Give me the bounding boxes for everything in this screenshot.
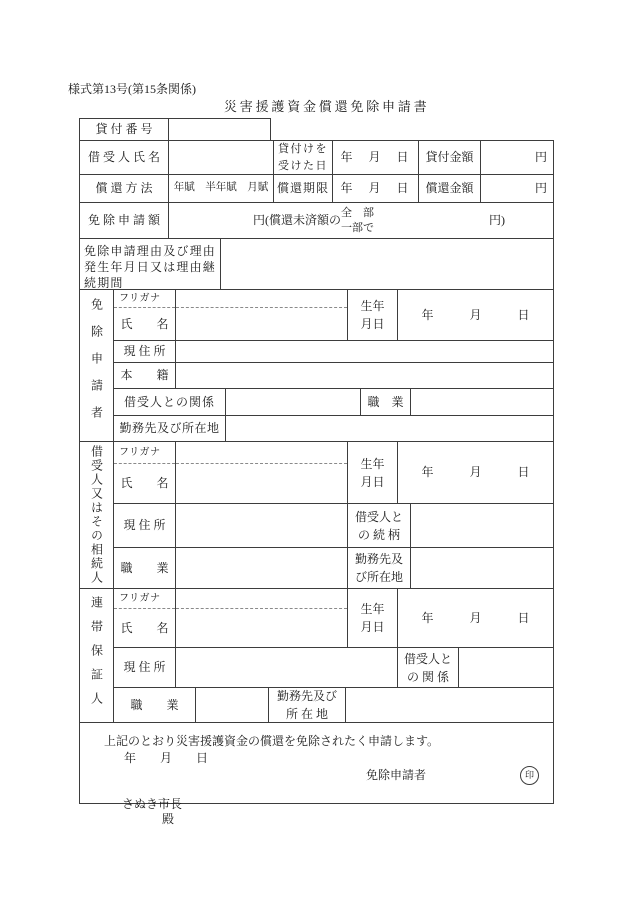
heir-workplace-label: 勤務先及 び所在地: [347, 547, 411, 589]
heir-workplace-label-line1: 勤務先及: [355, 550, 403, 568]
loan-date-label-line2: 受けた日: [278, 158, 328, 175]
guarantor-birthdate-field[interactable]: 年 月 日: [397, 588, 554, 648]
heir-furigana-field[interactable]: [176, 442, 347, 464]
repayment-method-label: 償 還 方 法: [79, 174, 169, 203]
guarantor-workplace-label-line1: 勤務先及び: [277, 687, 337, 705]
exemption-amount-prefix: 円(償還未済額の: [253, 213, 341, 227]
declaration-date-field[interactable]: 年 月 日: [124, 751, 208, 765]
applicant-name-field[interactable]: [175, 289, 348, 341]
guarantor-furigana-label: フリガナ: [114, 589, 175, 609]
guarantor-vertical-label: 連帯保証人: [91, 596, 103, 716]
guarantor-relation-label-line1: 借受人と: [404, 650, 452, 668]
exemption-reason-label-line1: 免除申請理由及び理由: [84, 243, 216, 259]
heir-section-label: 借受人又はその相続人: [79, 441, 114, 589]
heir-birthdate-label-line1: 生年: [360, 455, 384, 473]
exemption-reason-field[interactable]: [220, 238, 554, 290]
guarantor-workplace-label-line2: 所 在 地: [286, 705, 328, 723]
repayment-deadline-field[interactable]: 年 月 日: [332, 174, 419, 203]
applicant-birthdate-label-line2: 月日: [360, 315, 384, 333]
addressee-line: さぬき市長 殿: [104, 783, 182, 841]
heir-vertical-label: 借受人又はその相続人: [91, 445, 103, 585]
applicant-section-label: 免除申請者: [79, 289, 114, 442]
applicant-relation-label: 借受人との関係: [113, 388, 226, 416]
guarantor-birthdate-label-line2: 月日: [360, 618, 384, 636]
heir-workplace-field[interactable]: [410, 547, 554, 589]
heir-birthdate-label-line2: 月日: [360, 473, 384, 491]
guarantor-name-label: 氏 名: [114, 609, 175, 647]
mayor-label: さぬき市長: [122, 797, 182, 811]
loan-number-field[interactable]: [168, 118, 271, 141]
heir-occupation-label: 職 業: [113, 547, 176, 589]
guarantor-section-label: 連帯保証人: [79, 588, 114, 723]
guarantor-birthdate-label: 生年 月日: [347, 588, 398, 648]
applicant-relation-field[interactable]: [225, 388, 361, 416]
guarantor-address-field[interactable]: [175, 647, 398, 688]
exemption-amount-options[interactable]: 全 部 一部で: [341, 206, 374, 235]
heir-relation-field[interactable]: [410, 503, 554, 548]
guarantor-address-label: 現 住 所: [113, 647, 176, 688]
applicant-furigana-field[interactable]: [176, 290, 347, 308]
loan-date-label: 貸付けを 受けた日: [273, 140, 333, 175]
applicant-birthdate-label-line1: 生年: [360, 297, 384, 315]
applicant-address-label: 現 住 所: [113, 340, 176, 363]
exemption-amount-label: 免 除 申 請 額: [79, 202, 169, 239]
exemption-amount-suffix: 円): [489, 213, 505, 227]
loan-amount-field[interactable]: 円: [480, 140, 554, 175]
heir-relation-label-line1: 借受人と: [355, 508, 403, 526]
heir-address-label: 現 住 所: [113, 503, 176, 548]
guarantor-name-field[interactable]: [175, 588, 348, 648]
declaration-statement: 上記のとおり災害援護資金の償還を免除されたく申請します。: [104, 734, 439, 748]
applicant-address-field[interactable]: [175, 340, 554, 363]
loan-date-label-line1: 貸付けを: [278, 141, 328, 158]
exemption-option-all[interactable]: 全 部: [341, 206, 374, 220]
borrower-name-label: 借 受 人 氏 名: [79, 140, 169, 175]
applicant-domicile-label: 本 籍: [113, 362, 176, 389]
seal-mark: 印: [520, 766, 539, 785]
page-title: 災害援護資金償還免除申請書: [224, 96, 429, 115]
guarantor-relation-label-line2: の 関 係: [407, 668, 449, 686]
guarantor-furigana-field[interactable]: [176, 589, 347, 609]
heir-workplace-label-line2: び所在地: [355, 568, 403, 586]
exemption-reason-label: 免除申請理由及び理由 発生年月日又は理由継 続期間: [79, 238, 221, 290]
repayment-method-options[interactable]: 年賦 半年賦 月賦: [168, 174, 274, 203]
exemption-reason-label-line2: 発生年月日又は理由継: [84, 259, 216, 275]
heir-address-field[interactable]: [175, 503, 348, 548]
applicant-furigana-label: フリガナ: [114, 290, 175, 308]
heir-name-label: 氏 名: [114, 464, 175, 503]
heir-occupation-field[interactable]: [175, 547, 348, 589]
heir-furigana-label: フリガナ: [114, 442, 175, 464]
guarantor-relation-field[interactable]: [458, 647, 554, 688]
applicant-name-label-cell: フリガナ 氏 名: [113, 289, 176, 341]
applicant-birthdate-label: 生年 月日: [347, 289, 398, 341]
guarantor-birthdate-label-line1: 生年: [360, 600, 384, 618]
loan-date-field[interactable]: 年 月 日: [332, 140, 419, 175]
heir-birthdate-field[interactable]: 年 月 日: [397, 441, 554, 504]
heir-name-field[interactable]: [175, 441, 348, 504]
heir-birthdate-label: 生年 月日: [347, 441, 398, 504]
declaration-block: 上記のとおり災害援護資金の償還を免除されたく申請します。 年 月 日 免除申請者…: [79, 722, 554, 804]
form-number: 様式第13号(第15条関係): [68, 80, 196, 97]
heir-name-label-cell: フリガナ 氏 名: [113, 441, 176, 504]
exemption-amount-field[interactable]: 円(償還未済額の 全 部 一部で 円): [168, 202, 554, 239]
loan-amount-label: 貸付金額: [418, 140, 481, 175]
borrower-name-field[interactable]: [168, 140, 274, 175]
heir-relation-label: 借受人と の 続 柄: [347, 503, 411, 548]
applicant-name-label: 氏 名: [114, 308, 175, 340]
guarantor-workplace-field[interactable]: [345, 687, 554, 723]
applicant-birthdate-field[interactable]: 年 月 日: [397, 289, 554, 341]
heir-relation-label-line2: の 続 柄: [358, 526, 400, 544]
exemption-option-part[interactable]: 一部で: [341, 221, 374, 235]
repayment-deadline-label: 償還期限: [273, 174, 333, 203]
declaration-applicant-label: 免除申請者: [366, 768, 426, 782]
applicant-occupation-label: 職 業: [360, 388, 411, 416]
guarantor-occupation-label: 職 業: [113, 687, 196, 723]
dono-label: 殿: [162, 812, 174, 826]
applicant-domicile-field[interactable]: [175, 362, 554, 389]
guarantor-relation-label: 借受人と の 関 係: [397, 647, 459, 688]
repayment-amount-label: 償還金額: [418, 174, 481, 203]
guarantor-name-label-cell: フリガナ 氏 名: [113, 588, 176, 648]
guarantor-occupation-field[interactable]: [195, 687, 269, 723]
disaster-relief-exemption-form: 様式第13号(第15条関係) 災害援護資金償還免除申請書 貸 付 番 号 借 受…: [0, 0, 630, 903]
applicant-workplace-field[interactable]: [225, 415, 554, 442]
applicant-vertical-label: 免除申請者: [91, 298, 103, 433]
repayment-amount-field[interactable]: 円: [480, 174, 554, 203]
applicant-workplace-label: 勤務先及び所在地: [113, 415, 226, 442]
applicant-occupation-field[interactable]: [410, 388, 554, 416]
guarantor-workplace-label: 勤務先及び 所 在 地: [268, 687, 346, 723]
loan-number-label: 貸 付 番 号: [79, 118, 169, 141]
